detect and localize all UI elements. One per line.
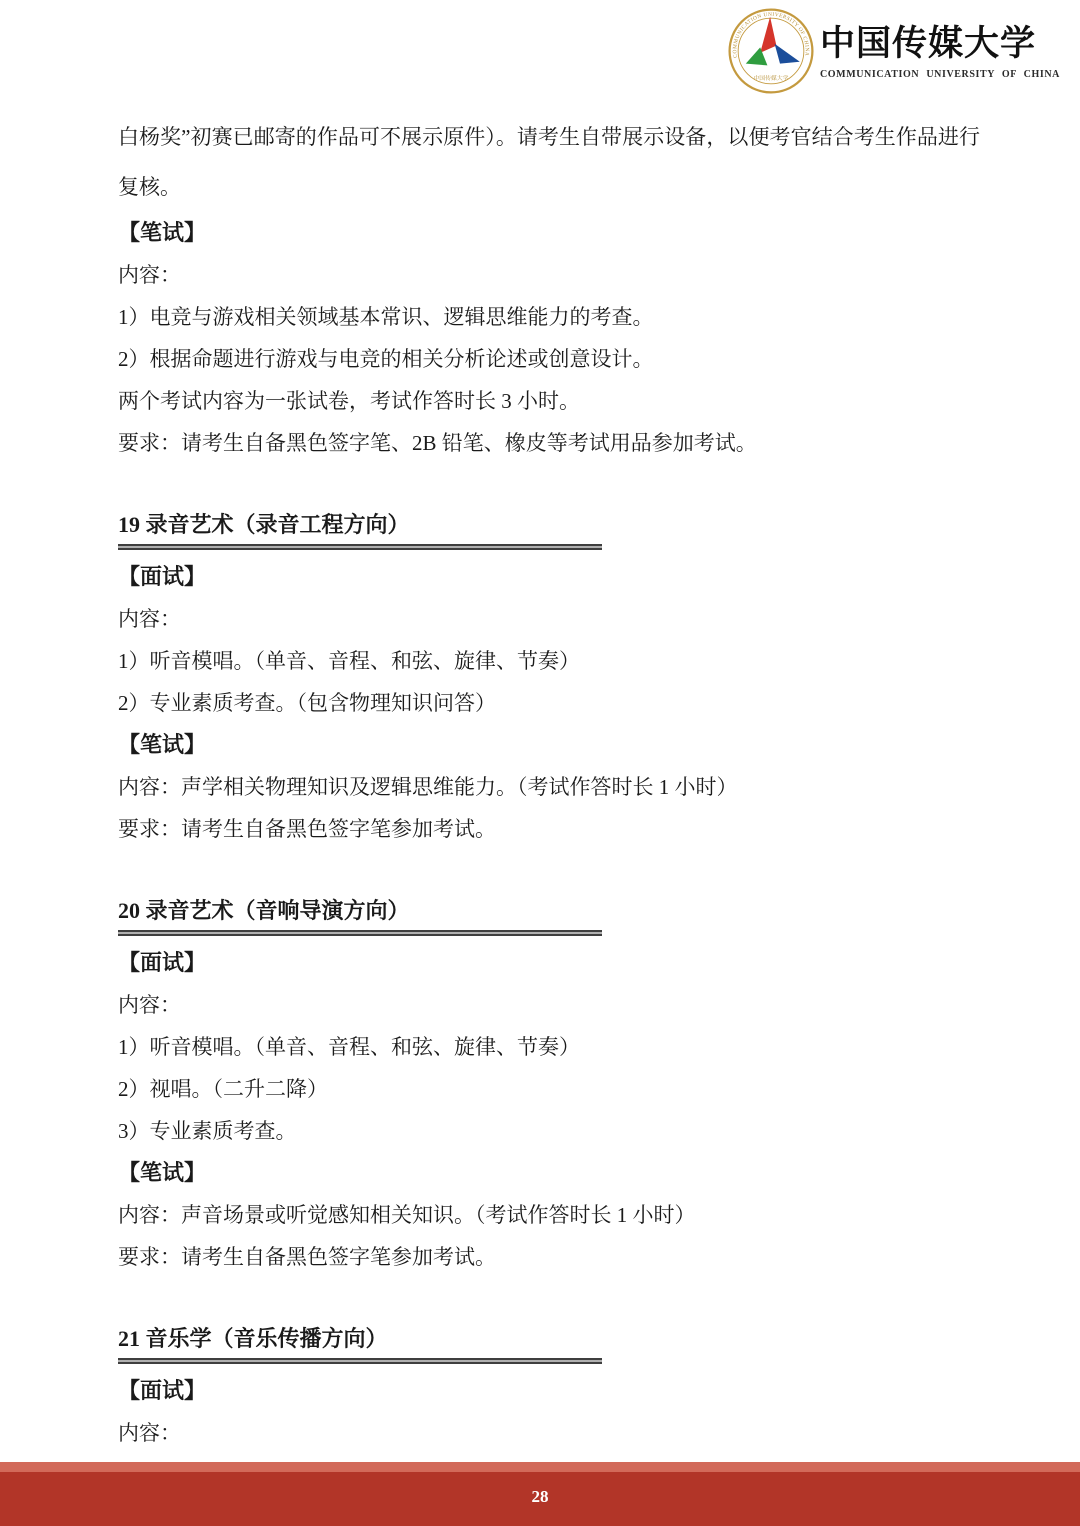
exam-duration-note: 两个考试内容为一张试卷，考试作答时长 3 小时。 [118, 380, 980, 422]
section-19-written-line-1: 内容：声学相关物理知识及逻辑思维能力。（考试作答时长 1 小时） [118, 766, 980, 808]
section-21-divider [118, 1358, 602, 1364]
section-19: 19 录音艺术（录音工程方向） 【面试】 内容： 1）听音模唱。（单音、音程、和… [118, 510, 980, 850]
written-exam-block-intro: 【笔试】 内容： 1）电竞与游戏相关领域基本常识、逻辑思维能力的考查。 2）根据… [118, 212, 980, 464]
exam-item-1: 1）电竞与游戏相关领域基本常识、逻辑思维能力的考查。 [118, 296, 980, 338]
section-20-written-line-2: 要求：请考生自备黑色签字笔参加考试。 [118, 1236, 980, 1278]
intro-paragraph: 白杨奖”初赛已邮寄的作品可不展示原件）。请考生自带展示设备，以便考官结合考生作品… [118, 112, 980, 212]
section-20-interview-line-4: 3）专业素质考查。 [118, 1110, 980, 1152]
section-19-written-label: 【笔试】 [118, 724, 980, 766]
section-19-interview-label: 【面试】 [118, 556, 980, 598]
section-19-title: 19 录音艺术（录音工程方向） [118, 510, 980, 540]
university-header: COMMUNICATION UNIVERSITY OF CHINA 中国传媒大学… [726, 6, 1060, 96]
exam-item-2: 2）根据命题进行游戏与电竞的相关分析论述或创意设计。 [118, 338, 980, 380]
footer-band: 28 [0, 1472, 1080, 1526]
section-19-interview-line-3: 2）专业素质考查。（包含物理知识问答） [118, 682, 980, 724]
page-number: 28 [0, 1472, 1080, 1522]
section-20-divider [118, 930, 602, 936]
section-21-interview-line-1: 内容： [118, 1412, 980, 1454]
section-19-written-line-2: 要求：请考生自备黑色签字笔参加考试。 [118, 808, 980, 850]
footer-accent-strip [0, 1462, 1080, 1472]
university-wordmark: 中国传媒大学 COMMUNICATION UNIVERSITY OF CHINA [820, 22, 1060, 80]
exam-content-heading: 内容： [118, 254, 980, 296]
section-19-divider [118, 544, 602, 550]
university-name-chinese: 中国传媒大学 [820, 22, 1036, 66]
written-exam-label: 【笔试】 [118, 212, 980, 254]
section-21-interview-label: 【面试】 [118, 1370, 980, 1412]
section-20-interview-label: 【面试】 [118, 942, 980, 984]
section-20-written-line-1: 内容：声音场景或听觉感知相关知识。（考试作答时长 1 小时） [118, 1194, 980, 1236]
document-body: 白杨奖”初赛已邮寄的作品可不展示原件）。请考生自带展示设备，以便考官结合考生作品… [118, 112, 980, 1454]
section-20-interview-line-3: 2）视唱。（二升二降） [118, 1068, 980, 1110]
document-page: COMMUNICATION UNIVERSITY OF CHINA 中国传媒大学… [0, 0, 1080, 1526]
section-20-interview-line-1: 内容： [118, 984, 980, 1026]
section-20: 20 录音艺术（音响导演方向） 【面试】 内容： 1）听音模唱。（单音、音程、和… [118, 896, 980, 1278]
section-19-interview-line-2: 1）听音模唱。（单音、音程、和弦、旋律、节奏） [118, 640, 980, 682]
university-emblem-icon: COMMUNICATION UNIVERSITY OF CHINA 中国传媒大学 [726, 6, 816, 96]
section-20-interview-line-2: 1）听音模唱。（单音、音程、和弦、旋律、节奏） [118, 1026, 980, 1068]
section-21-title: 21 音乐学（音乐传播方向） [118, 1324, 980, 1354]
section-20-title: 20 录音艺术（音响导演方向） [118, 896, 980, 926]
emblem-bottom-text: 中国传媒大学 [753, 74, 788, 82]
university-name-english: COMMUNICATION UNIVERSITY OF CHINA [820, 69, 1060, 80]
section-20-written-label: 【笔试】 [118, 1152, 980, 1194]
exam-requirement-note: 要求：请考生自备黑色签字笔、2B 铅笔、橡皮等考试用品参加考试。 [118, 422, 980, 464]
section-21: 21 音乐学（音乐传播方向） 【面试】 内容： [118, 1324, 980, 1454]
section-19-interview-line-1: 内容： [118, 598, 980, 640]
